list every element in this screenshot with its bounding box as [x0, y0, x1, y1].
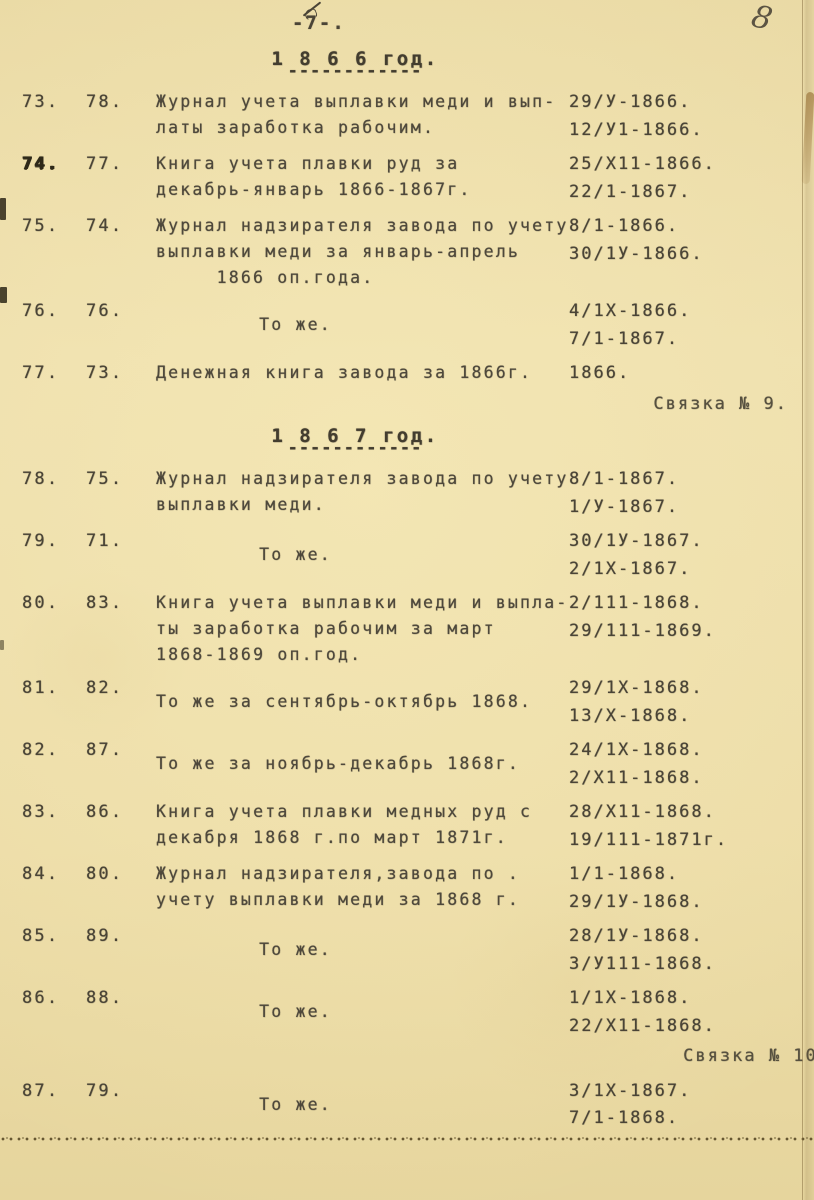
- date-value: 4/1Х-1866.: [569, 298, 814, 326]
- inventory-row: 81. 82. То же за сентябрь-октябрь 1868. …: [0, 675, 814, 730]
- date-value: 8/1-1867.: [569, 466, 814, 494]
- date-value: 3/1Х-1867.: [569, 1078, 814, 1106]
- description-line: То же за сентябрь-октябрь 1868.: [156, 689, 565, 715]
- description-line: учету выплавки меди за 1868 г.: [156, 887, 565, 913]
- description-line: 1866 оп.года.: [156, 265, 565, 291]
- description-line: То же за ноябрь-декабрь 1868г.: [156, 751, 565, 777]
- entry-description: То же за ноябрь-декабрь 1868г.: [152, 737, 565, 792]
- entry-description: То же.: [152, 985, 565, 1071]
- description-line: То же.: [156, 1092, 565, 1118]
- year-heading: 1 8 6 7 год. ------------: [271, 425, 438, 458]
- date-value: 13/Х-1868.: [569, 703, 814, 731]
- old-entry-number: 82.: [80, 675, 152, 730]
- old-entry-number: 88.: [80, 985, 152, 1071]
- inventory-row: 87. 79. То же. 3/1Х-1867.7/1-1868.: [0, 1078, 814, 1133]
- description-line: То же.: [156, 312, 565, 338]
- date-value: 29/1У-1868.: [569, 889, 814, 917]
- old-entry-number: 87.: [80, 737, 152, 792]
- description-line: декабрь-январь 1866-1867г.: [156, 177, 565, 203]
- document-page: 8 -7-. 1 8 6 6 год. ------------ 73. 78.…: [0, 0, 814, 1200]
- date-value: 2/1Х-1867.: [569, 556, 814, 584]
- entry-dates: 24/1Х-1868.2/Х11-1868.: [565, 737, 814, 792]
- description-line: То же.: [156, 999, 565, 1025]
- entry-dates: 8/1-1866.30/1У-1866.: [565, 213, 814, 291]
- year-section: 1 8 6 6 год. ------------ 73. 78. Журнал…: [0, 48, 814, 418]
- description-line: выплавки меди за январь-апрель: [156, 239, 565, 265]
- entry-description: Журнал надзирателя завода по учетувыплав…: [152, 213, 565, 291]
- date-value: 2/111-1868.: [569, 590, 814, 618]
- year-heading: 1 8 6 6 год. ------------: [271, 48, 438, 81]
- section-rows: 73. 78. Журнал учета выплавки меди и вып…: [0, 89, 814, 418]
- description-line: Денежная книга завода за 1866г.: [156, 360, 565, 386]
- date-value: 3/У111-1868.: [569, 951, 814, 979]
- old-entry-number: 74.: [80, 213, 152, 291]
- date-value: 12/У1-1866.: [569, 117, 814, 145]
- scan-speck: [0, 640, 4, 650]
- entry-number: 83.: [22, 799, 80, 854]
- entry-description: То же.: [152, 1078, 565, 1133]
- date-value: 22/1-1867.: [569, 179, 814, 207]
- entry-number: 74.: [22, 151, 80, 206]
- entry-dates: 28/1У-1868.3/У111-1868.: [565, 923, 814, 978]
- old-entry-number: 76.: [80, 298, 152, 353]
- date-value: 1/1-1868.: [569, 861, 814, 889]
- entry-number: 79.: [22, 528, 80, 583]
- entry-number: 78.: [22, 466, 80, 521]
- inventory-row: 80. 83. Книга учета выплавки меди и выпл…: [0, 590, 814, 668]
- description-line: Журнал надзирателя,завода по .: [156, 861, 565, 887]
- entry-dates: 8/1-1867.1/У-1867.: [565, 466, 814, 521]
- date-value: 29/111-1869.: [569, 618, 814, 646]
- inventory-row: 75. 74. Журнал надзирателя завода по уче…: [0, 213, 814, 291]
- scan-speck: [0, 198, 6, 220]
- date-value: 8/1-1866.: [569, 213, 814, 241]
- entry-description: Денежная книга завода за 1866г.: [152, 360, 565, 418]
- date-value: 29/1Х-1868.: [569, 675, 814, 703]
- inventory-list: 1 8 6 6 год. ------------ 73. 78. Журнал…: [0, 48, 814, 1133]
- description-line: Журнал надзирателя завода по учету: [156, 466, 565, 492]
- date-value: 30/1У-1866.: [569, 241, 814, 269]
- description-line: Книга учета плавки медных руд с: [156, 799, 565, 825]
- date-value: 1/У-1867.: [569, 494, 814, 522]
- entry-number: 84.: [22, 861, 80, 916]
- inventory-row: 79. 71. То же. 30/1У-1867.2/1Х-1867.: [0, 528, 814, 583]
- inventory-row: 76. 76. То же. 4/1Х-1866.7/1-1867.: [0, 298, 814, 353]
- entry-dates: 1/1-1868.29/1У-1868.: [565, 861, 814, 916]
- description-line: выплавки меди.: [156, 492, 565, 518]
- page-mark-row: -7-.: [0, 0, 814, 46]
- entry-description: Журнал надзирателя,завода по .учету выпл…: [152, 861, 565, 916]
- date-value: 7/1-1868.: [569, 1105, 814, 1133]
- year-heading-underline: ------------: [271, 61, 438, 81]
- description-line: Книга учета выплавки меди и выпла-: [156, 590, 565, 616]
- year-heading-underline: ------------: [271, 438, 438, 458]
- date-value: 28/Х11-1868.: [569, 799, 814, 827]
- old-entry-number: 89.: [80, 923, 152, 978]
- entry-number: 73.: [22, 89, 80, 144]
- description-line: То же.: [156, 937, 565, 963]
- old-entry-number: 73.: [80, 360, 152, 418]
- old-entry-number: 80.: [80, 861, 152, 916]
- entry-description: Журнал учета выплавки меди и вып-латы за…: [152, 89, 565, 144]
- entry-description: То же за сентябрь-октябрь 1868.: [152, 675, 565, 730]
- entry-dates: 3/1Х-1867.7/1-1868.: [565, 1078, 814, 1133]
- entry-dates: 2/111-1868.29/111-1869.: [565, 590, 814, 668]
- description-line: 1868-1869 оп.год.: [156, 642, 565, 668]
- description-line: декабря 1868 г.по март 1871г.: [156, 825, 565, 851]
- old-entry-number: 75.: [80, 466, 152, 521]
- date-value: 29/У-1866.: [569, 89, 814, 117]
- description-line: Книга учета плавки руд за: [156, 151, 565, 177]
- entry-description: То же.: [152, 528, 565, 583]
- entry-description: Книга учета выплавки меди и выпла-ты зар…: [152, 590, 565, 668]
- date-value: 28/1У-1868.: [569, 923, 814, 951]
- inventory-row: 83. 86. Книга учета плавки медных руд сд…: [0, 799, 814, 854]
- perforation-dotted-line: [0, 1136, 814, 1142]
- description-line: Журнал надзирателя завода по учету: [156, 213, 565, 239]
- entry-dates: 28/Х11-1868.19/111-1871г.: [565, 799, 814, 854]
- entry-number: 85.: [22, 923, 80, 978]
- inventory-row: 74. 77. Книга учета плавки руд задекабрь…: [0, 151, 814, 206]
- scan-speck: [0, 287, 7, 303]
- date-value: 19/111-1871г.: [569, 827, 814, 855]
- entry-dates: 29/1Х-1868.13/Х-1868.: [565, 675, 814, 730]
- entry-number: 76.: [22, 298, 80, 353]
- date-value: 30/1У-1867.: [569, 528, 814, 556]
- inventory-row: 73. 78. Журнал учета выплавки меди и вып…: [0, 89, 814, 144]
- inventory-row: 82. 87. То же за ноябрь-декабрь 1868г. 2…: [0, 737, 814, 792]
- section-rows: 78. 75. Журнал надзирателя завода по уче…: [0, 466, 814, 1133]
- entry-description: То же.: [152, 298, 565, 353]
- date-value: 1866.: [569, 360, 814, 388]
- entry-number: 80.: [22, 590, 80, 668]
- entry-dates: 4/1Х-1866.7/1-1867.: [565, 298, 814, 353]
- entry-number: 81.: [22, 675, 80, 730]
- description-line: То же.: [156, 542, 565, 568]
- old-entry-number: 79.: [80, 1078, 152, 1133]
- inventory-row: 78. 75. Журнал надзирателя завода по уче…: [0, 466, 814, 521]
- inventory-row: 86. 88. То же. 1/1Х-1868.22/Х11-1868.Свя…: [0, 985, 814, 1071]
- date-value: 22/Х11-1868.: [569, 1013, 814, 1041]
- inventory-row: 85. 89. То же. 28/1У-1868.3/У111-1868.: [0, 923, 814, 978]
- entry-number: 75.: [22, 213, 80, 291]
- entry-dates: 1866.Связка № 9.: [565, 360, 814, 418]
- entry-number: 82.: [22, 737, 80, 792]
- entry-number: 86.: [22, 985, 80, 1071]
- description-line: латы заработка рабочим.: [156, 115, 565, 141]
- date-value: 1/1Х-1868.: [569, 985, 814, 1013]
- date-value: 7/1-1867.: [569, 326, 814, 354]
- struck-page-mark: -7-.: [292, 12, 346, 34]
- old-entry-number: 86.: [80, 799, 152, 854]
- entry-dates: 25/Х11-1866.22/1-1867.: [565, 151, 814, 206]
- date-value: 25/Х11-1866.: [569, 151, 814, 179]
- bundle-note: Связка № 9.: [569, 391, 814, 419]
- entry-description: То же.: [152, 923, 565, 978]
- entry-dates: 1/1Х-1868.22/Х11-1868.Связка № 10.: [565, 985, 814, 1071]
- old-entry-number: 71.: [80, 528, 152, 583]
- old-entry-number: 77.: [80, 151, 152, 206]
- entry-dates: 29/У-1866.12/У1-1866.: [565, 89, 814, 144]
- entry-number: 77.: [22, 360, 80, 418]
- date-value: 24/1Х-1868.: [569, 737, 814, 765]
- entry-dates: 30/1У-1867.2/1Х-1867.: [565, 528, 814, 583]
- bundle-note: Связка № 10.: [569, 1043, 814, 1071]
- description-line: Журнал учета выплавки меди и вып-: [156, 89, 565, 115]
- year-section: 1 8 6 7 год. ------------ 78. 75. Журнал…: [0, 425, 814, 1133]
- entry-description: Книга учета плавки руд задекабрь-январь …: [152, 151, 565, 206]
- entry-description: Книга учета плавки медных руд сдекабря 1…: [152, 799, 565, 854]
- old-entry-number: 83.: [80, 590, 152, 668]
- entry-description: Журнал надзирателя завода по учетувыплав…: [152, 466, 565, 521]
- old-entry-number: 78.: [80, 89, 152, 144]
- inventory-row: 77. 73. Денежная книга завода за 1866г. …: [0, 360, 814, 418]
- description-line: ты заработка рабочим за март: [156, 616, 565, 642]
- entry-number: 87.: [22, 1078, 80, 1133]
- date-value: 2/Х11-1868.: [569, 765, 814, 793]
- inventory-row: 84. 80. Журнал надзирателя,завода по .уч…: [0, 861, 814, 916]
